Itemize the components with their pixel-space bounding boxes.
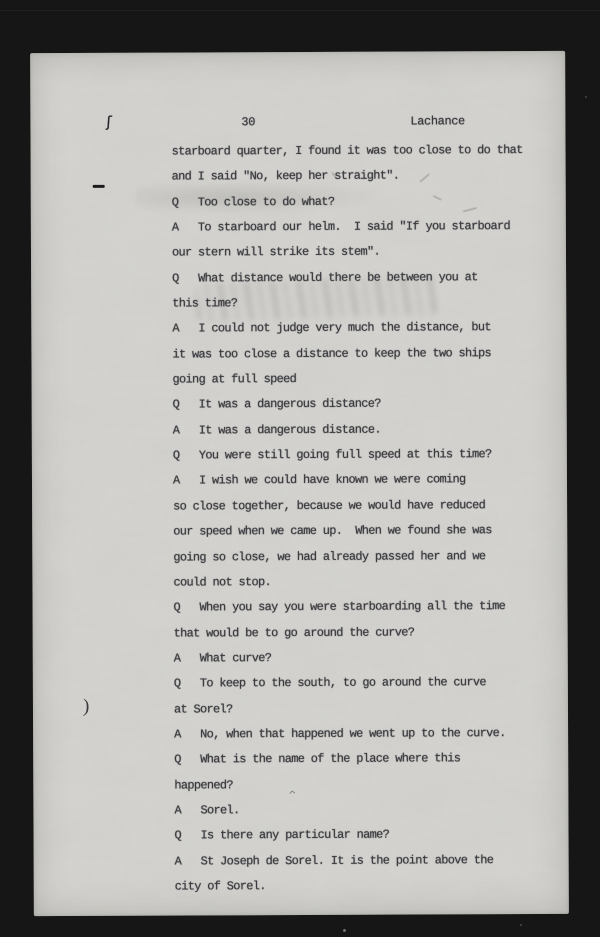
transcript-line: so close together, because we would have… [173, 493, 559, 520]
transcript-line: A I could not judge very much the distan… [172, 315, 558, 342]
transcript-line: city of Sorel. [175, 873, 561, 900]
transcript-line: Q You were still going full speed at thi… [173, 442, 559, 469]
transcript-line: Q What is the name of the place where th… [174, 746, 560, 773]
transcript-line: going so close, we had already passed he… [173, 543, 559, 570]
transcript-line: Q Too close to do what? [172, 189, 558, 216]
dust-speck [585, 96, 587, 98]
transcript-line: going at full speed [172, 366, 558, 393]
transcript-line: happened? [174, 771, 560, 798]
margin-paren-mark: ) [83, 696, 90, 718]
transcript-line: A St Joseph de Sorel. It is the point ab… [175, 847, 561, 874]
transcript-line: Q When you say you were starboarding all… [173, 594, 559, 621]
transcript-line: it was too close a distance to keep the … [172, 341, 558, 368]
witness-name: Lachance [410, 114, 464, 128]
transcript-line: Q Is there any particular name? [174, 822, 560, 849]
margin-dash-mark [93, 185, 105, 188]
transcript-body: starboard quarter, I found it was too cl… [171, 138, 560, 900]
transcript-page: 30 Lachance ʃ ) ^ starboard quarter, I f… [30, 51, 569, 916]
transcript-line: and I said "No, keep her straight". [172, 163, 558, 190]
transcript-line: this time? [172, 290, 558, 317]
transcript-line: Q To keep to the south, to go around the… [174, 670, 560, 697]
transcript-line: Q It was a dangerous distance? [173, 391, 559, 418]
transcript-line: our stern will strike its stem". [172, 239, 558, 266]
transcript-line: our speed when we came up. When we found… [173, 518, 559, 545]
transcript-line: A What curve? [174, 645, 560, 672]
dust-speck [343, 929, 346, 932]
transcript-line: A No, when that happened we went up to t… [174, 721, 560, 748]
scanner-seam [0, 10, 600, 11]
transcript-line: A To starboard our helm. I said "If you … [172, 214, 558, 241]
transcript-line: at Sorel? [174, 695, 560, 722]
transcript-line: could not stop. [173, 569, 559, 596]
page-number: 30 [241, 115, 255, 129]
transcript-line: that would be to go around the curve? [174, 619, 560, 646]
transcript-line: A Sorel. [174, 797, 560, 824]
dust-speck [520, 924, 522, 926]
transcript-line: A It was a dangerous distance. [173, 417, 559, 444]
scanned-document: 30 Lachance ʃ ) ^ starboard quarter, I f… [0, 0, 600, 937]
transcript-line: Q What distance would there be between y… [172, 265, 558, 292]
transcript-line: starboard quarter, I found it was too cl… [171, 138, 557, 165]
transcript-line: A I wish we could have known we were com… [173, 467, 559, 494]
